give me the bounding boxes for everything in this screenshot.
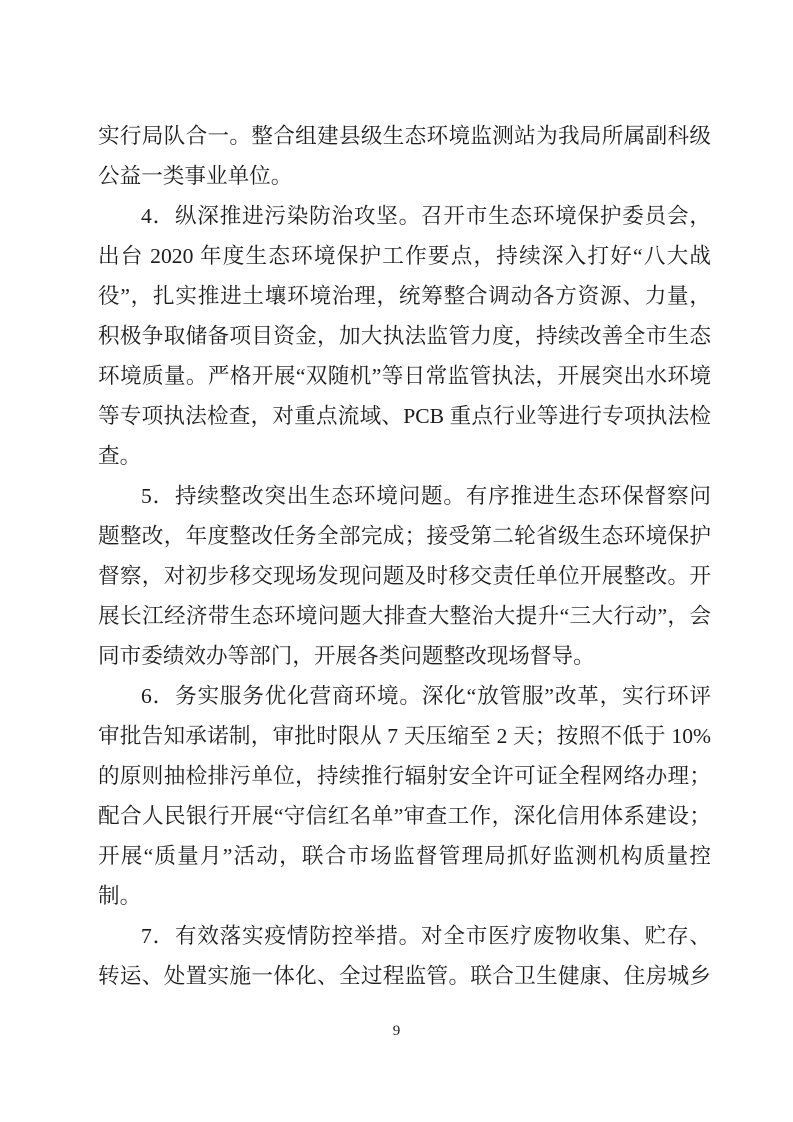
text-line: 环境质量。严格开展“双随机”等日常监管执法，开展突出水环境	[98, 356, 711, 396]
text-line: 等专项执法检查，对重点流域、PCB 重点行业等进行专项执法检	[98, 396, 711, 436]
text-line: 制。	[98, 876, 711, 916]
text-line: 7．有效落实疫情防控举措。对全市医疗废物收集、贮存、	[98, 916, 711, 956]
text-line: 展长江经济带生态环境问题大排查大整治大提升“三大行动”，会	[98, 596, 711, 636]
page-number: 9	[0, 1021, 793, 1041]
text-line: 转运、处置实施一体化、全过程监管。联合卫生健康、住房城乡	[98, 956, 711, 996]
text-line: 同市委绩效办等部门，开展各类问题整改现场督导。	[98, 636, 711, 676]
document-page: 实行局队合一。整合组建县级生态环境监测站为我局所属副科级公益一类事业单位。4．纵…	[0, 0, 793, 1122]
text-line: 役”，扎实推进土壤环境治理，统筹整合调动各方资源、力量，	[98, 276, 711, 316]
text-line: 公益一类事业单位。	[98, 156, 711, 196]
paragraph: 5．持续整改突出生态环境问题。有序推进生态环保督察问题整改，年度整改任务全部完成…	[98, 476, 711, 676]
paragraph: 4．纵深推进污染防治攻坚。召开市生态环境保护委员会，出台 2020 年度生态环境…	[98, 196, 711, 476]
text-line: 查。	[98, 436, 711, 476]
text-line: 5．持续整改突出生态环境问题。有序推进生态环保督察问	[98, 476, 711, 516]
text-line: 的原则抽检排污单位，持续推行辐射安全许可证全程网络办理；	[98, 756, 711, 796]
text-line: 出台 2020 年度生态环境保护工作要点，持续深入打好“八大战	[98, 236, 711, 276]
text-line: 6．务实服务优化营商环境。深化“放管服”改革，实行环评	[98, 676, 711, 716]
text-line: 开展“质量月”活动，联合市场监督管理局抓好监测机构质量控	[98, 836, 711, 876]
text-line: 审批告知承诺制，审批时限从 7 天压缩至 2 天；按照不低于 10%	[98, 716, 711, 756]
text-line: 积极争取储备项目资金，加大执法监管力度，持续改善全市生态	[98, 316, 711, 356]
text-line: 题整改，年度整改任务全部完成；接受第二轮省级生态环境保护	[98, 516, 711, 556]
paragraph: 6．务实服务优化营商环境。深化“放管服”改革，实行环评审批告知承诺制，审批时限从…	[98, 676, 711, 916]
paragraph: 实行局队合一。整合组建县级生态环境监测站为我局所属副科级公益一类事业单位。	[98, 116, 711, 196]
text-line: 实行局队合一。整合组建县级生态环境监测站为我局所属副科级	[98, 116, 711, 156]
text-line: 配合人民银行开展“守信红名单”审查工作，深化信用体系建设；	[98, 796, 711, 836]
document-body: 实行局队合一。整合组建县级生态环境监测站为我局所属副科级公益一类事业单位。4．纵…	[98, 116, 711, 996]
text-line: 督察，对初步移交现场发现问题及时移交责任单位开展整改。开	[98, 556, 711, 596]
text-line: 4．纵深推进污染防治攻坚。召开市生态环境保护委员会，	[98, 196, 711, 236]
paragraph: 7．有效落实疫情防控举措。对全市医疗废物收集、贮存、转运、处置实施一体化、全过程…	[98, 916, 711, 996]
